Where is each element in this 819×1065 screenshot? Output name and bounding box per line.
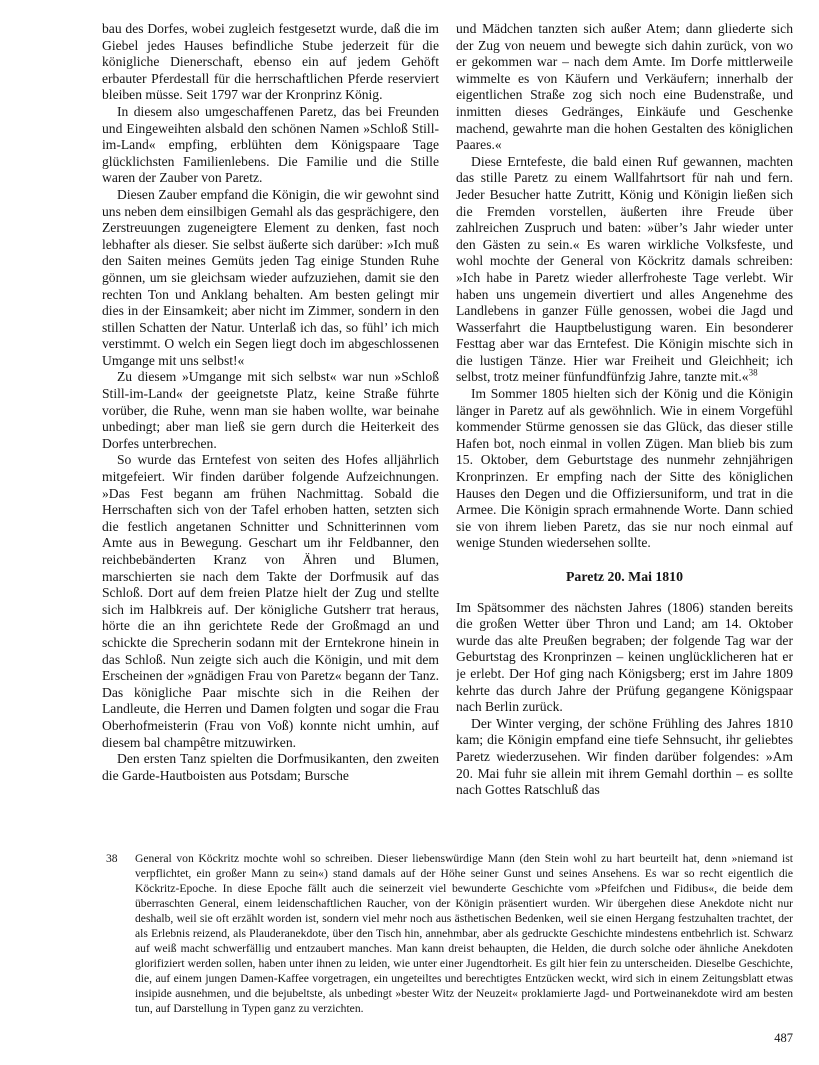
footnote-number: 38 — [106, 851, 118, 866]
book-page: bau des Dorfes, wobei zugleich festgeset… — [0, 0, 819, 1065]
paragraph-text: Diese Erntefeste, die bald einen Ruf gew… — [456, 154, 793, 385]
paragraph: und Mädchen tanzten sich außer Atem; dan… — [456, 21, 793, 154]
paragraph: Diesen Zauber empfand die Königin, die w… — [102, 187, 439, 370]
paragraph: Den ersten Tanz spielten die Dorfmusikan… — [102, 751, 439, 784]
paragraph: In diesem also umgeschaffenen Paretz, da… — [102, 104, 439, 187]
paragraph: bau des Dorfes, wobei zugleich festgeset… — [102, 21, 439, 104]
paragraph: Der Winter verging, der schöne Frühling … — [456, 716, 793, 799]
footnote: 38 General von Köckritz mochte wohl so s… — [102, 851, 793, 1016]
paragraph: Im Sommer 1805 hielten sich der König un… — [456, 386, 793, 552]
right-column: und Mädchen tanzten sich außer Atem; dan… — [456, 21, 793, 833]
paragraph: Diese Erntefeste, die bald einen Ruf gew… — [456, 154, 793, 386]
page-number: 487 — [102, 1031, 793, 1046]
paragraph: Zu diesem »Umgange mit sich selbst« war … — [102, 369, 439, 452]
left-column: bau des Dorfes, wobei zugleich festgeset… — [102, 21, 439, 833]
paragraph: Im Spätsommer des nächsten Jahres (1806)… — [456, 600, 793, 716]
paragraph: So wurde das Erntefest von seiten des Ho… — [102, 452, 439, 751]
footnote-text: General von Köckritz mochte wohl so schr… — [135, 852, 793, 1015]
text-columns: bau des Dorfes, wobei zugleich festgeset… — [102, 21, 793, 833]
footnote-reference: 38 — [749, 368, 758, 378]
section-heading: Paretz 20. Mai 1810 — [456, 569, 793, 586]
